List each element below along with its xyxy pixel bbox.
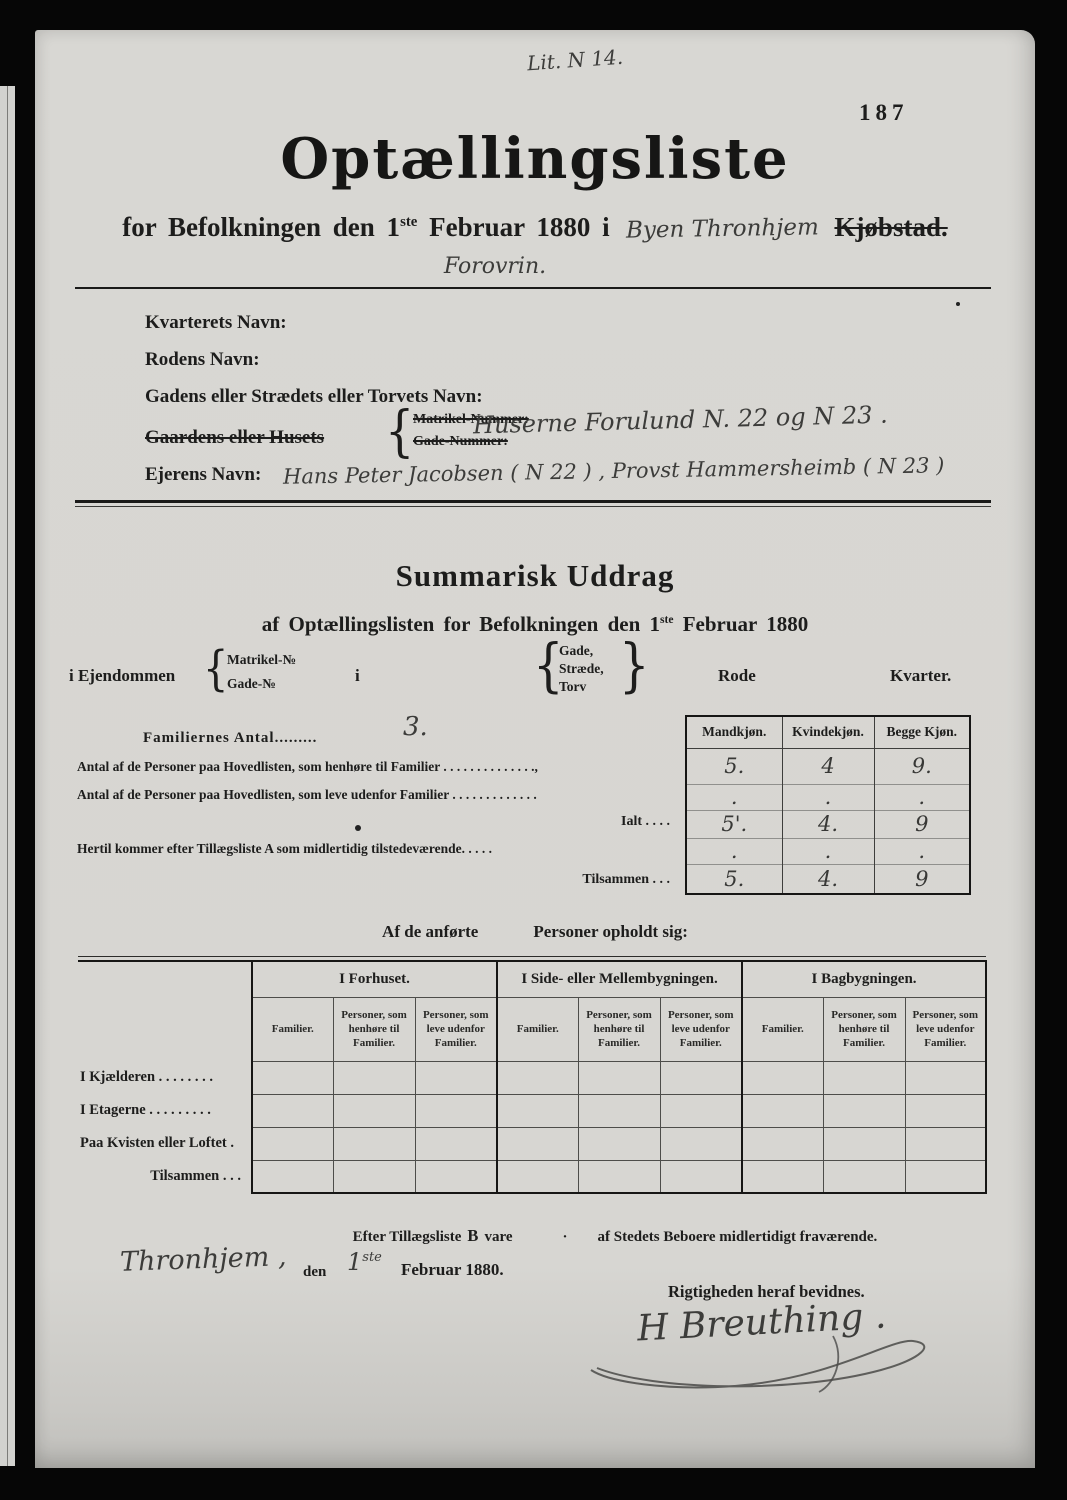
subcol-udenfor: Personer, som leve udenfor Familier. [415,997,497,1061]
value-cell: . [782,784,874,810]
printed-date: Februar 1880. [401,1260,504,1280]
table-cell [333,1127,415,1160]
ink-blot [355,825,361,831]
row-label: I Kjælderen . . . . . . . . [78,1061,252,1094]
double-rule-top [75,500,991,503]
value-cell: 4 [782,748,874,784]
tillaeg-b-pre: Efter Tillægsliste [353,1229,462,1246]
table-top-rule [78,956,986,957]
handwritten-owner-names: Hans Peter Jacobsen ( N 22 ) , Provst Ha… [283,453,945,489]
value-cell: . [874,838,970,864]
table-row: . . . [686,838,970,864]
table-row: 5. 4 9. [686,748,970,784]
rode-label: Rode [718,666,756,686]
table-cell [905,1160,986,1193]
label-column-spacer [78,961,252,1061]
subcol-henhore: Personer, som henhøre til Familier. [823,997,905,1061]
handwritten-house-numbers: Huserne Forulund N. 22 og N 23 . [473,401,888,440]
subcol-familier: Familier. [497,997,578,1061]
subcol-henhore: Personer, som henhøre til Familier. [333,997,415,1061]
table-cell [333,1061,415,1094]
table-cell [660,1061,742,1094]
den-label: den [303,1264,326,1281]
brace-glyph: } [619,632,650,699]
table-row: 5. 4. 9 [686,864,970,894]
subcol-familier: Familier. [742,997,823,1061]
table-row-kjaelderen: I Kjælderen . . . . . . . . [78,1061,986,1094]
field-label-rode: Rodens Navn: [145,349,260,371]
subcol-familier: Familier. [252,997,333,1061]
table-cell [578,1094,660,1127]
kvarter-label: Kvarter. [890,666,951,686]
table-cell [497,1094,578,1127]
value-cell: . [782,838,874,864]
ink-blot [956,302,960,306]
page-number: 187 [859,100,909,126]
intro-post: Personer opholdt sig: [533,922,688,942]
table-cell [905,1127,986,1160]
value-cell: 5'. [686,810,782,838]
field-label-gade: Gadens eller Strædets eller Torvets Navn… [145,386,483,408]
table-row-kvisten: Paa Kvisten eller Loftet . [78,1127,986,1160]
summary-heading: Summarisk Uddrag [35,558,1035,594]
value-cell: . [686,784,782,810]
group-header-row: I Forhuset. I Side- eller Mellembygninge… [78,961,986,997]
table-cell [497,1127,578,1160]
intro-pre: Af de anførte [382,922,478,942]
brace-glyph: { [203,641,228,696]
field-label-ejer: Ejerens Navn: [145,464,261,486]
torv-option-label: Torv [559,679,586,695]
table-cell [252,1061,333,1094]
form-title: Optællingsliste [35,126,1035,192]
gade-option-label: Gade, [559,643,593,659]
col-header-kvindekjon: Kvindekjøn. [782,716,874,748]
handwritten-date: 1ste [347,1248,382,1276]
census-form-page: Lit. N 14. 187 Optællingsliste for Befol… [35,30,1035,1468]
tillaegsliste-a-label: Hertil kommer efter Tillægsliste A som m… [77,841,492,857]
table-cell [415,1061,497,1094]
table-cell [660,1160,742,1193]
table-cell [742,1160,823,1193]
film-edge-strip [0,86,15,1466]
table-cell [823,1160,905,1193]
tillaeg-b-post: af Stedets Beboere midlertidigt fraværen… [598,1229,878,1246]
table-cell [252,1160,333,1193]
subtitle-text: for Befolkningen den 1ste Februar 1880 i [122,212,609,243]
table-cell [415,1094,497,1127]
col-header-begge: Begge Kjøn. [874,716,970,748]
scanned-census-form: Lit. N 14. 187 Optællingsliste for Befol… [0,0,1067,1500]
subcol-udenfor: Personer, som leve udenfor Familier. [905,997,986,1061]
value-cell: 5. [686,864,782,894]
tillaegsliste-b-line: Efter Tillægsliste B vare · af Stedets B… [215,1226,1015,1246]
col-header-mandkjon: Mandkjøn. [686,716,782,748]
handwritten-familier-antal: 3. [403,712,428,742]
form-subtitle-line: for Befolkningen den 1ste Februar 1880 i… [35,212,1035,243]
handwritten-note: Forovrin. [395,254,595,279]
group-header-mellembygning: I Side- eller Mellembygningen. [497,961,742,997]
table-cell [905,1061,986,1094]
table-cell [742,1094,823,1127]
gade-no-label: Gade-№ [227,676,276,692]
straede-option-label: Stræde, [559,661,604,677]
row-label: Paa Kvisten eller Loftet . [78,1127,252,1160]
divider-rule [75,287,991,289]
i-label: i [355,666,360,686]
residence-intro-line: Af de anførte Personer opholdt sig: [35,922,1035,942]
table-row: . . . [686,784,970,810]
table-cell [333,1094,415,1127]
group-header-forhuset: I Forhuset. [252,961,497,997]
udenfor-familier-label: Antal af de Personer paa Hovedlisten, so… [77,787,537,803]
field-label-kvarter: Kvarterets Navn: [145,312,287,334]
field-label-gaard: Gaardens eller Husets [145,427,324,449]
table-cell [660,1094,742,1127]
table-cell [333,1160,415,1193]
table-cell [578,1160,660,1193]
value-cell: . [686,838,782,864]
double-rule-bottom [75,506,991,507]
matrikel-no-label: Matrikel-№ [227,652,296,668]
table-cell [905,1094,986,1127]
table-cell [823,1061,905,1094]
residence-table: I Forhuset. I Side- eller Mellembygninge… [78,960,987,1194]
value-cell: 4. [782,810,874,838]
table-cell [660,1127,742,1160]
table-cell [823,1127,905,1160]
group-header-bagbygning: I Bagbygningen. [742,961,986,997]
ialt-label: Ialt . . . . [540,814,670,830]
table-cell [497,1061,578,1094]
handwritten-city-name: Byen Thronhjem [625,214,818,243]
subcol-udenfor: Personer, som leve udenfor Familier. [660,997,742,1061]
table-row-tilsammen: Tilsammen . . . [78,1160,986,1193]
familier-antal-label: Familiernes Antal......... [143,730,317,747]
table-header-row: Mandkjøn. Kvindekjøn. Begge Kjøn. [686,716,970,748]
table-cell [415,1127,497,1160]
value-cell: 5. [686,748,782,784]
tillaeg-b-vare: vare [484,1229,512,1246]
tillaeg-b-letter: B [467,1226,478,1246]
table-cell [415,1160,497,1193]
value-cell: 9 [874,810,970,838]
table-cell [578,1127,660,1160]
value-cell: 9. [874,748,970,784]
handwritten-place: Thronhjem , [120,1241,287,1278]
subcol-henhore: Personer, som henhøre til Familier. [578,997,660,1061]
row-label: Tilsammen . . . [78,1160,252,1193]
table-cell [578,1061,660,1094]
table-cell [497,1160,578,1193]
tillaeg-b-dot: · [562,1229,567,1246]
value-cell: 4. [782,864,874,894]
table-cell [823,1094,905,1127]
table-cell [742,1127,823,1160]
table-row-etagerne: I Etagerne . . . . . . . . . [78,1094,986,1127]
handwritten-list-annotation: Lit. N 14. [526,45,624,76]
struck-kjobstad-label: Kjøbstad. [834,212,947,243]
summary-count-table: Mandkjøn. Kvindekjøn. Begge Kjøn. 5. 4 9… [685,715,971,895]
signature-flourish [583,1318,953,1403]
henhore-familier-label: Antal af de Personer paa Hovedlisten, so… [77,759,538,775]
brace-glyph: { [385,399,414,464]
value-cell: . [874,784,970,810]
ejendom-label: i Ejendommen [69,666,175,686]
table-cell [252,1127,333,1160]
row-label: I Etagerne . . . . . . . . . [78,1094,252,1127]
value-cell: 9 [874,864,970,894]
tilsammen-label: Tilsammen . . . [505,872,670,888]
table-row: 5'. 4. 9 [686,810,970,838]
table-cell [742,1061,823,1094]
table-cell [252,1094,333,1127]
